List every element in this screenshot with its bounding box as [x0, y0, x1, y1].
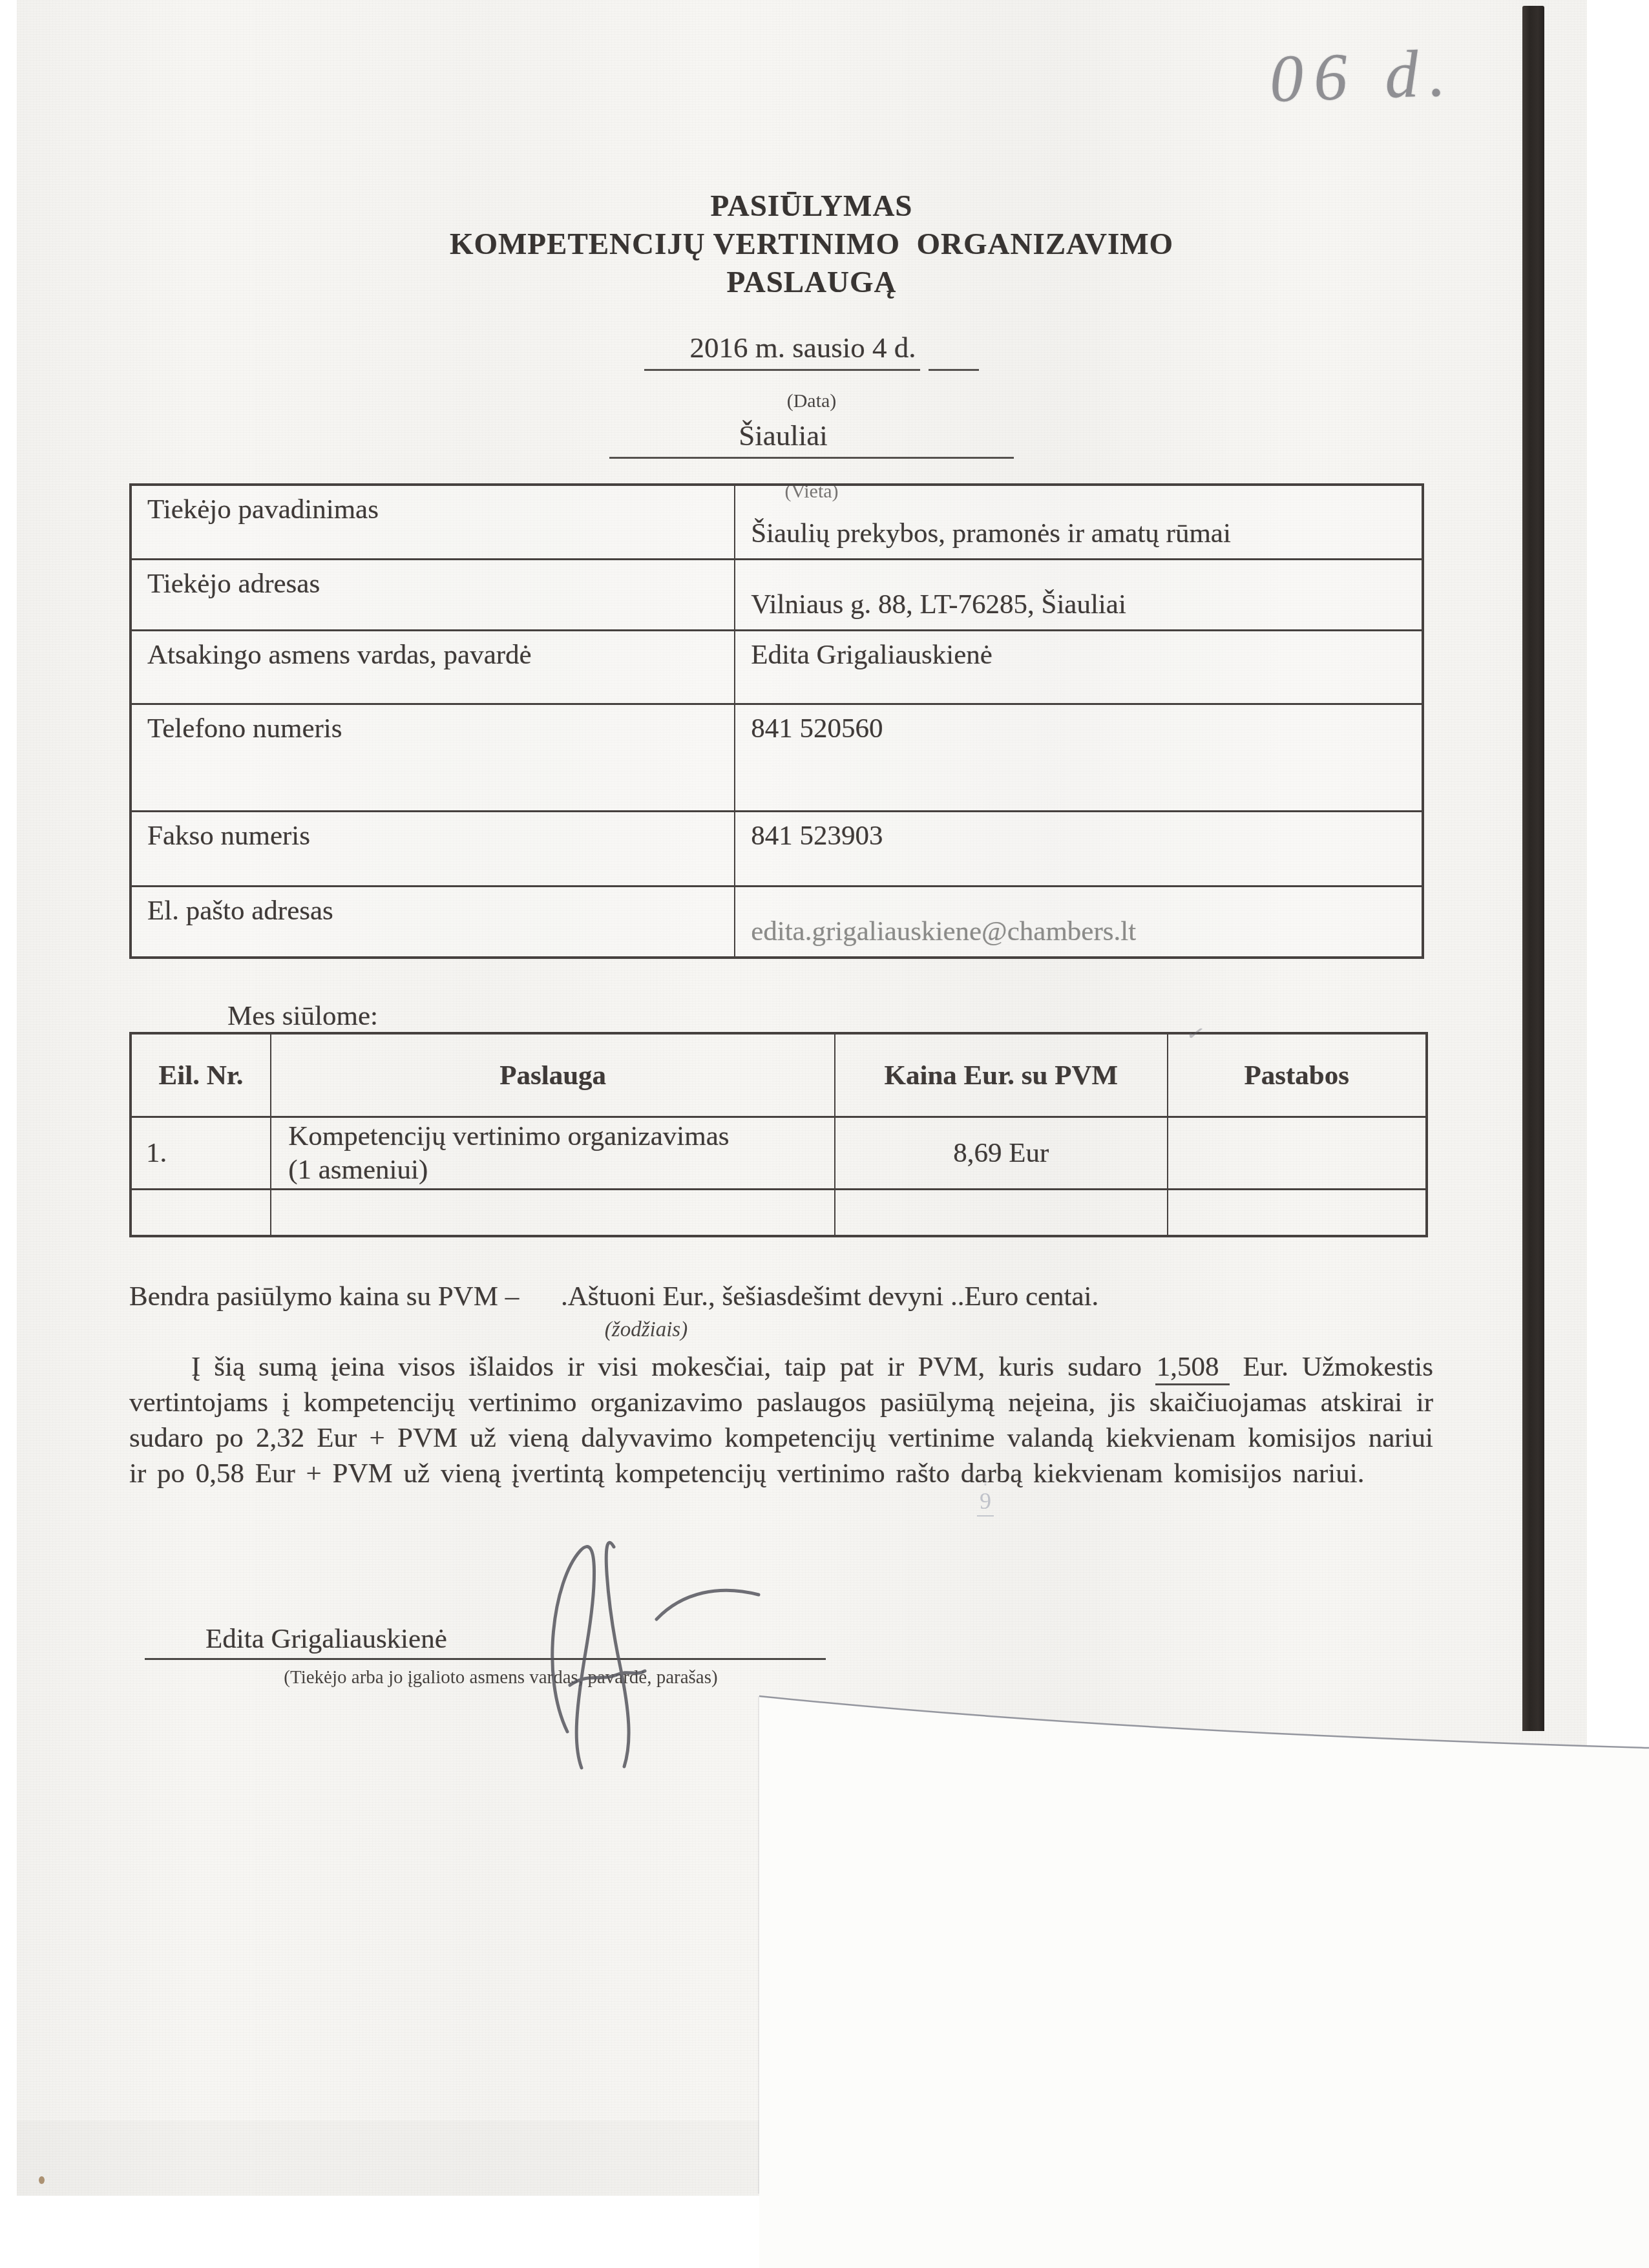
total-price-words: .Aštuoni Eur., šešiasdešimt devyni ..Eur…: [561, 1281, 1098, 1312]
offer-heading: Mes siūlome:: [227, 1000, 378, 1032]
terms-text-before-vat: Į šią sumą įeina visos išlaidos ir visi …: [191, 1352, 1142, 1382]
offer-row-notes: [1168, 1116, 1425, 1188]
offer-table: Eil. Nr. Paslauga Kaina Eur. su PVM Past…: [129, 1032, 1428, 1237]
total-price-label: Bendra pasiūlymo kaina su PVM –: [129, 1281, 519, 1312]
offer-service-line-1: Kompetencijų vertinimo organizavimas: [288, 1120, 834, 1153]
date-row: 2016 m. sausio 4 d.: [143, 331, 1480, 371]
offer-header-price: Kaina Eur. su PVM: [835, 1034, 1168, 1116]
overlapping-sheet: [759, 1677, 1649, 2268]
supplier-table: Tiekėjo pavadinimas Šiaulių prekybos, pr…: [129, 483, 1424, 959]
offer-empty-cell-service: [271, 1188, 835, 1235]
date-value: 2016 m. sausio 4 d.: [644, 331, 919, 371]
supplier-name-label: Tiekėjo pavadinimas: [132, 486, 735, 558]
words-caption: (žodžiais): [129, 1318, 1163, 1342]
ink-bleed-mark: ⁝ 9: [977, 1475, 994, 1515]
scan-speck: [39, 2176, 45, 2184]
handwritten-signature: [498, 1518, 782, 1777]
fax-value: 841 523903: [735, 810, 1422, 885]
total-price-line: Bendra pasiūlymo kaina su PVM – .Aštuoni…: [129, 1281, 1441, 1312]
offer-row-nr: 1.: [132, 1116, 271, 1188]
scanner-binder-bar: [1522, 6, 1544, 1731]
supplier-address-label: Tiekėjo adresas: [132, 558, 735, 629]
email-value: edita.grigaliauskiene@chambers.lt: [735, 885, 1422, 956]
email-label: El. pašto adresas: [132, 885, 735, 956]
offer-row-service: Kompetencijų vertinimo organizavimas (1 …: [271, 1116, 835, 1188]
scanned-document-page: 06 d. PASIŪLYMAS KOMPETENCIJŲ VERTINIMO …: [0, 0, 1649, 2268]
handwritten-note: 06 d.: [1268, 34, 1457, 118]
ink-bleed-number: 9: [977, 1488, 994, 1517]
date-underline-tail: [929, 341, 979, 371]
offer-header-service: Paslauga: [271, 1034, 835, 1116]
date-caption: (Data): [143, 390, 1480, 412]
document-title: PASIŪLYMAS KOMPETENCIJŲ VERTINIMO ORGANI…: [143, 187, 1480, 302]
signatory-name: Edita Grigaliauskienė: [205, 1623, 447, 1655]
document-title-line-2: KOMPETENCIJŲ VERTINIMO ORGANIZAVIMO: [143, 226, 1480, 264]
responsible-person-label: Atsakingo asmens vardas, pavardė: [132, 629, 735, 703]
offer-empty-cell-nr: [132, 1188, 271, 1235]
offer-empty-cell-notes: [1168, 1188, 1425, 1235]
phone-value: 841 520560: [735, 703, 1422, 810]
supplier-address-value: Vilniaus g. 88, LT-76285, Šiauliai: [735, 558, 1422, 629]
supplier-name-value: Šiaulių prekybos, pramonės ir amatų rūma…: [735, 486, 1422, 558]
document-title-line-3: PASLAUGĄ: [143, 264, 1480, 302]
vat-amount: 1,508: [1155, 1352, 1230, 1385]
fax-label: Fakso numeris: [132, 810, 735, 885]
terms-paragraph: Į šią sumą įeina visos išlaidos ir visi …: [129, 1349, 1433, 1491]
offer-header-notes: Pastabos: [1168, 1034, 1425, 1116]
offer-header-nr: Eil. Nr.: [132, 1034, 271, 1116]
phone-label: Telefono numeris: [132, 703, 735, 810]
place-row: Šiauliai: [143, 419, 1480, 459]
offer-row-price: 8,69 Eur: [835, 1116, 1168, 1188]
offer-empty-cell-price: [835, 1188, 1168, 1235]
place-value: Šiauliai: [609, 419, 1013, 459]
offer-service-line-2: (1 asmeniui): [288, 1153, 834, 1187]
responsible-person-value: Edita Grigaliauskienė: [735, 629, 1422, 703]
ink-bleed-dots: ⁝: [977, 1475, 994, 1487]
document-title-line-1: PASIŪLYMAS: [143, 187, 1480, 226]
